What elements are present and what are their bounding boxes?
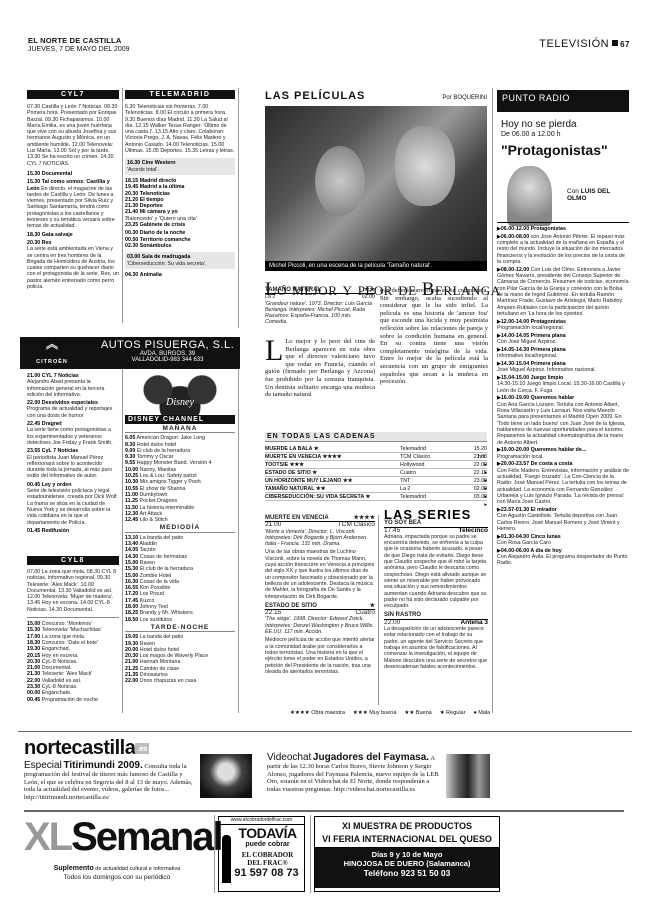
promo-link[interactable]: http://videochat.nortecastilla.es xyxy=(334,786,415,793)
listing-item: 22.00 Desvividos especialesPrograma de a… xyxy=(27,400,119,419)
radio-item: 14.30-15.04 Primera planaJosé Miguel Azp… xyxy=(497,361,629,374)
table-row: TAMAÑO NATURAL ★★La 202.00 ▸ xyxy=(265,485,487,493)
citroen-logo: ︽ CITROËN xyxy=(28,340,76,365)
promo-link[interactable]: http://titirimundi.nortecastilla.es/ xyxy=(24,794,110,801)
face-shape xyxy=(395,126,455,206)
telemadrid-title: TELEMADRID xyxy=(125,90,235,99)
chevron-logo-icon: ︽ xyxy=(28,340,76,349)
listing-item: 01.45 Redifusión xyxy=(27,528,119,534)
face-shape xyxy=(315,146,365,216)
telemadrid-cine: 16.30 Cine Western'Acorde total'. xyxy=(125,158,235,175)
photo-caption: Michel Piccoli, en una escena de la pelí… xyxy=(265,261,487,271)
radio-item: 14.00-14.05 Primera planaCon José Miguel… xyxy=(497,333,629,346)
drop-cap: L xyxy=(265,338,283,364)
section-label: MAÑANA xyxy=(125,426,235,433)
frac-figure-icon xyxy=(222,835,231,883)
listing-item: 15.30 Documental xyxy=(27,171,119,177)
listing-item: 15.30 Tal como somos: Castilla y León En… xyxy=(27,179,119,229)
cyl7-night-column: 21.00 CYL 7 NoticiasAlejandro Abad prese… xyxy=(27,373,119,536)
listing-item: 23.55 CyL 7 NoticiasEl periodista Juan M… xyxy=(27,448,119,479)
table-row: UN HORIZONTE MUY LEJANO ★★TNT23.00 ▸ xyxy=(265,477,487,485)
listing-item: 00.45 Programación de noche xyxy=(27,697,119,703)
film-reviews: MUERTE EN VENECIA★★★★ 21.00TCM Clásico '… xyxy=(265,515,375,675)
promo-intro: Hoy no se pierda xyxy=(497,119,629,130)
square-bullet-icon xyxy=(612,40,618,46)
disney-logo: Disney xyxy=(125,373,235,415)
listing-item: 04.30 Animalia xyxy=(125,272,235,278)
listing-item: 22.45 DragnetLa serie tiene como protago… xyxy=(27,421,119,446)
peliculas-section: LAS PELÍCULAS Por BOQUERINI Michel Picco… xyxy=(265,90,487,301)
radio-item: 06.00-12.00 Protagonistas xyxy=(497,226,629,232)
radio-item: 08.00-12.00 Con Luis del Olmo. Entrevist… xyxy=(497,267,629,317)
cyl7-column: CYL7 07.30 Castilla y León 7 Noticias. 0… xyxy=(27,90,119,292)
ratings-legend: ★★★★ Obra maestra★★★ Muy buena★★ Buena★ … xyxy=(290,710,490,716)
feria-queso-ad[interactable]: XI MUESTRA DE PRODUCTOS VI FERIA INTERNA… xyxy=(314,816,500,892)
nortecastilla-logo[interactable]: nortecastilla.es xyxy=(24,737,149,760)
cyl7-morning: 07.30 Castilla y León 7 Noticias. 08.30 … xyxy=(27,104,119,167)
film-info: TAMAÑO NATURAL★★ La 202.00 'Grandeur nat… xyxy=(265,287,375,326)
section-label: TARDE-NOCHE xyxy=(125,625,235,632)
disney-title: DISNEY CHANNEL xyxy=(125,415,235,424)
autos-pisuerga-ad[interactable]: ︽ CITROËN AUTOS PISUERGA, S.L. AVDA. BUR… xyxy=(20,337,240,369)
radio-item: 20.00-23.57 De costa a costaCon Félix Ma… xyxy=(497,461,629,505)
punto-radio-section: PUNTO RADIO Hoy no se pierda De 06.00 a … xyxy=(497,90,629,228)
listing-item: 00.45 Ley y ordenSerie de televisión pol… xyxy=(27,482,119,526)
table-title: EN TODAS LAS CADENAS xyxy=(265,432,487,442)
radio-item: 04.00-06.00 A día de hoyCon Alejandro Áv… xyxy=(497,548,629,567)
page-number: 67 xyxy=(620,40,630,49)
table-row: CIBERSEDUCCIÓN: SU VIDA SECRETA ★Telemad… xyxy=(265,493,487,501)
telemadrid-morning: 6.30 Telenoticias sin fronteras. 7.00 Te… xyxy=(125,104,235,154)
listing-item: 20.30 RexLa serie está ambientada en Vie… xyxy=(27,240,119,290)
punto-radio-schedule: 06.00-12.00 Protagonistas 06.00-08.00 co… xyxy=(497,222,629,568)
section-title: TELEVISIÓN xyxy=(539,38,609,50)
page-header-left: EL NORTE DE CASTILLA JUEVES, 7 DE MAYO D… xyxy=(28,37,130,54)
article-body-col1: LLo mejor y lo peor del cine de Berlanga… xyxy=(265,338,375,399)
byline: Por BOQUERINI xyxy=(442,95,487,101)
page-header-right: TELEVISIÓN67 xyxy=(539,38,630,50)
series-section: LAS SERIES YO SOY BEA 17.45Telecinco Adr… xyxy=(384,512,488,670)
promo-titirimundi[interactable]: Especial Titirimundi 2009. Consulta toda… xyxy=(24,762,194,802)
titirimundi-photo xyxy=(200,754,252,798)
radio-item: 06.00-08.00 con Jose Antonio Piferer. El… xyxy=(497,234,629,265)
promo-title: "Protagonistas" xyxy=(497,142,629,158)
xl-semanal-ad[interactable]: XLSemanal Suplemento de actualidad cultu… xyxy=(24,815,210,893)
telemadrid-madrugada: 03.00 Sala de madrugada'Ciberseducción: … xyxy=(125,252,235,269)
table-row: TOOTSIE ★★★Hollywood22.00 ▸ xyxy=(265,461,487,469)
listing-item: 12.45 Lilo & Stitch xyxy=(125,517,235,523)
promo-hours: De 06.00 a 12.00 h xyxy=(497,131,629,138)
radio-item: 14.05-14.30 Primera planaInformativo loc… xyxy=(497,347,629,360)
section-label: MEDIODÍA xyxy=(125,525,235,532)
todas-cadenas-table: EN TODAS LAS CADENAS MUERDE LA BALA ★Tel… xyxy=(265,432,487,501)
disney-column: Disney DISNEY CHANNEL MAÑANA 6.05 Americ… xyxy=(125,373,235,685)
listing-item: 18.50 Los sustitutos xyxy=(125,617,235,623)
listing-item: 18.30 Gata salvaje xyxy=(27,232,119,238)
peliculas-title: LAS PELÍCULAS xyxy=(265,90,365,102)
listing-item: 21.40 Mi cámara y yo'Baloncesto' y 'Quie… xyxy=(125,209,235,222)
telemadrid-column: TELEMADRID 6.30 Telenoticias sin fronter… xyxy=(125,90,235,278)
table-row: ESTADO DE SITIO ★Cuatro22.15 ▸ xyxy=(265,469,487,477)
listing-item: 23.25 Gabinete de crisis xyxy=(125,222,235,228)
table-row: MUERTE EN VENECIA ★★★★TCM Clásico21.00 ▸ xyxy=(265,453,487,461)
cobrador-frac-ad[interactable]: www.elcobradordelfrac.com TODAVÍA puede … xyxy=(218,816,305,892)
radio-item: 15.04-15.00 Juego limpio14.30-15.10 Jueg… xyxy=(497,375,629,394)
ad-business-name: AUTOS PISUERGA, S.L. xyxy=(100,339,235,351)
newspaper-name: EL NORTE DE CASTILLA xyxy=(28,36,121,45)
host-photo xyxy=(507,166,552,226)
cyl8-column: CYL8 07.00 La zona que mola. 08.30 CYL 8… xyxy=(27,556,119,703)
radio-item: 01.30-04.00 Cinco lunasCon Rosa García C… xyxy=(497,534,629,547)
host-credit: Con LUIS DEL OLMO xyxy=(567,188,629,202)
cyl8-morning: 07.00 La zona que mola. 08.30 CYL 8 noti… xyxy=(27,569,119,613)
radio-item: 12.00-14.00 ProtagonistasProgramación lo… xyxy=(497,319,629,332)
table-row: MUERDE LA BALA ★Telemadrid15.20 hor. xyxy=(265,445,487,453)
listing-item: 21.00 CYL 7 NoticiasAlejandro Abad prese… xyxy=(27,373,119,398)
radio-item: 19.00-20.00 Queremos hablar de...Program… xyxy=(497,447,629,460)
punto-radio-logo: PUNTO RADIO xyxy=(497,90,629,112)
radio-item: 16.00-19.00 Queremos hablarCon Ana Garcí… xyxy=(497,395,629,445)
listing-item: 02.30 Sonámbulos xyxy=(125,243,235,249)
radio-item: 23.57-01.30 El miradorCon Agustín Castel… xyxy=(497,507,629,532)
film-photo: Michel Piccoli, en una escena de la pelí… xyxy=(265,106,487,271)
ad-phone: VALLADOLID-983 344 633 xyxy=(100,357,235,363)
cyl7-title: CYL7 xyxy=(27,90,119,99)
players-photo xyxy=(446,754,490,798)
article-body-col2: que deberá convertirse en su compañera. … xyxy=(380,287,488,386)
mickey-ears-icon: Disney xyxy=(166,397,194,408)
issue-date: JUEVES, 7 DE MAYO DEL 2009 xyxy=(28,46,130,53)
listing-item: 22.00 Unos chapuzas en casa xyxy=(125,678,235,684)
series-title: LAS SERIES xyxy=(384,512,488,518)
cyl8-title: CYL8 xyxy=(27,556,119,565)
promo-videochat[interactable]: Videochat Jugadores del Faymasa. A parti… xyxy=(267,754,439,794)
